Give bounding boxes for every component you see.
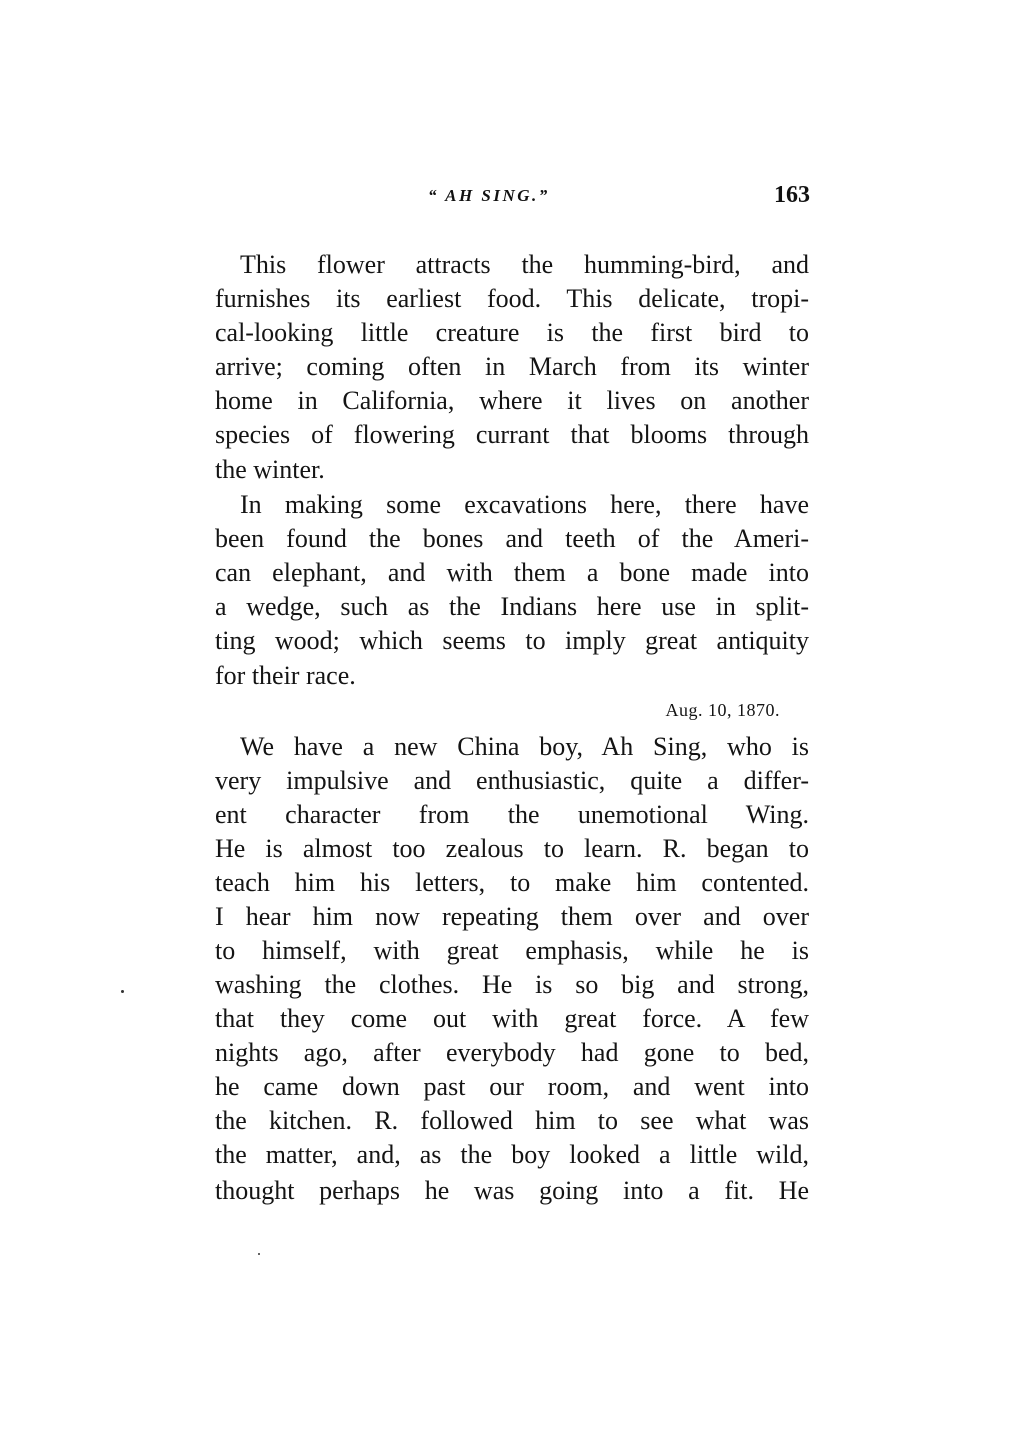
text-line: He is almost too zealous to learn. R. be… [215,832,809,866]
text-line: a wedge, such as the Indians here use in… [215,590,809,624]
text-line: the winter. [215,453,809,487]
text-line: teach him his letters, to make him conte… [215,866,809,900]
text-line: species of flowering currant that blooms… [215,418,809,452]
text-line: been found the bones and teeth of the Am… [215,522,809,556]
text-line: that they come out with great force. A f… [215,1002,809,1036]
text-line: cal-looking little creature is the first… [215,316,809,350]
text-line: home in California, where it lives on an… [215,384,809,418]
text-line: to himself, with great emphasis, while h… [215,934,809,968]
scan-speck [121,990,124,993]
text-line: the kitchen. R. followed him to see what… [215,1104,809,1138]
text-line: thought perhaps he was going into a fit.… [215,1174,809,1208]
text-line: ting wood; which seems to imply great an… [215,624,809,658]
text-line: can elephant, and with them a bone made … [215,556,809,590]
text-line: This flower attracts the humming-bird, a… [240,248,809,282]
text-line: arrive; coming often in March from its w… [215,350,809,384]
text-line: washing the clothes. He is so big and st… [215,968,809,1002]
text-line: he came down past our room, and went int… [215,1070,809,1104]
book-page: “ AH SING.” 163 This flower attracts the… [0,0,1010,1447]
text-line: nights ago, after everybody had gone to … [215,1036,809,1070]
dateline: Aug. 10, 1870. [640,700,780,721]
text-line: I hear him now repeating them over and o… [215,900,809,934]
text-line: very impulsive and enthusiastic, quite a… [215,764,809,798]
text-line: In making some excavations here, there h… [240,488,809,522]
text-line: furnishes its earliest food. This delica… [215,282,809,316]
text-line: ent character from the unemotional Wing. [215,798,809,832]
page-number: 163 [764,182,810,209]
text-line: We have a new China boy, Ah Sing, who is [240,730,809,764]
text-line: the matter, and, as the boy looked a lit… [215,1138,809,1172]
running-head: “ AH SING.” [428,186,550,206]
scan-speck [258,1253,260,1255]
text-line: for their race. [215,659,809,693]
